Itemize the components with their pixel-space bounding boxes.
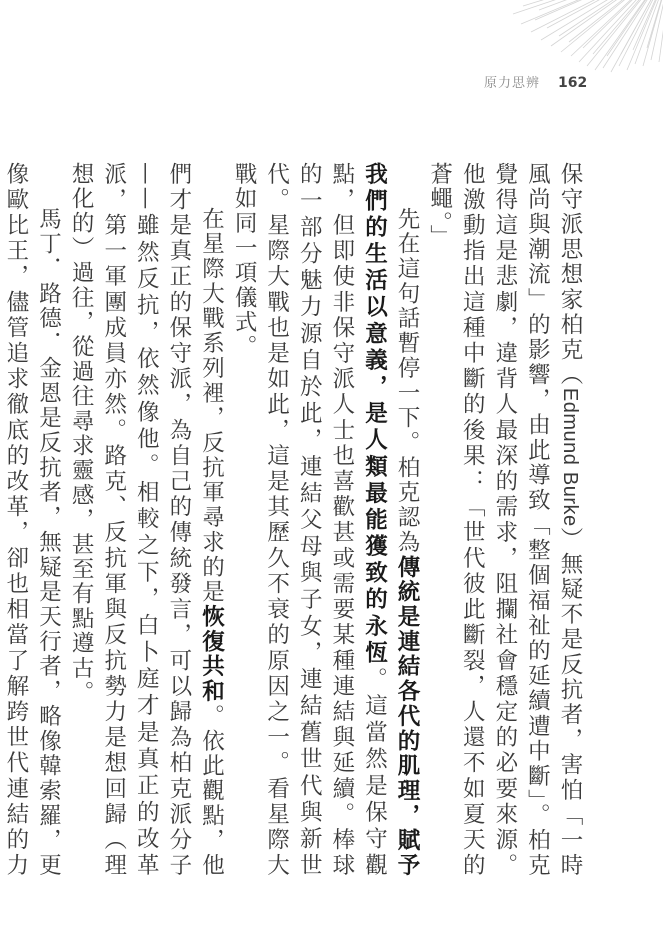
paragraph-text: 先在這句話暫停一下。柏克認為 [394, 207, 420, 555]
paragraph-4: 馬丁．路德．金恩是反抗者，無疑是天行者，略像韓索羅，更像歐比王，儘管追求徹底的改… [0, 162, 65, 878]
running-header: 原力思辨 162 [484, 72, 587, 91]
running-title: 原力思辨 [484, 72, 540, 91]
latin-name: Edmund Burke [559, 388, 581, 527]
paragraph-text: 在星際大戰系列裡，反抗軍尋求的是 [198, 207, 224, 605]
sunburst-decoration [423, 0, 663, 80]
page-number: 162 [558, 75, 587, 91]
body-text: 保守派思想家柏克（Edmund Burke）無疑不是反抗者，害怕「一時風尚與潮流… [86, 162, 586, 878]
paragraph-1: 保守派思想家柏克（Edmund Burke）無疑不是反抗者，害怕「一時風尚與潮流… [423, 162, 586, 878]
emphasis-text: 恢復共和 [198, 605, 224, 704]
paragraph-2: 先在這句話暫停一下。柏克認為傳統是連結各代的肌理，賦予我們的生活以意義，是人類最… [227, 162, 423, 878]
paragraph-text: 保守派思想家柏克（ [557, 162, 583, 388]
paragraph-text: 馬丁．路德．金恩是反抗者，無疑是天行者，略像韓索羅，更像歐比王，儘管追求徹底的改… [0, 162, 62, 878]
paragraph-3: 在星際大戰系列裡，反抗軍尋求的是恢復共和。依此觀點，他們才是真正的保守派，為自己… [65, 162, 228, 878]
